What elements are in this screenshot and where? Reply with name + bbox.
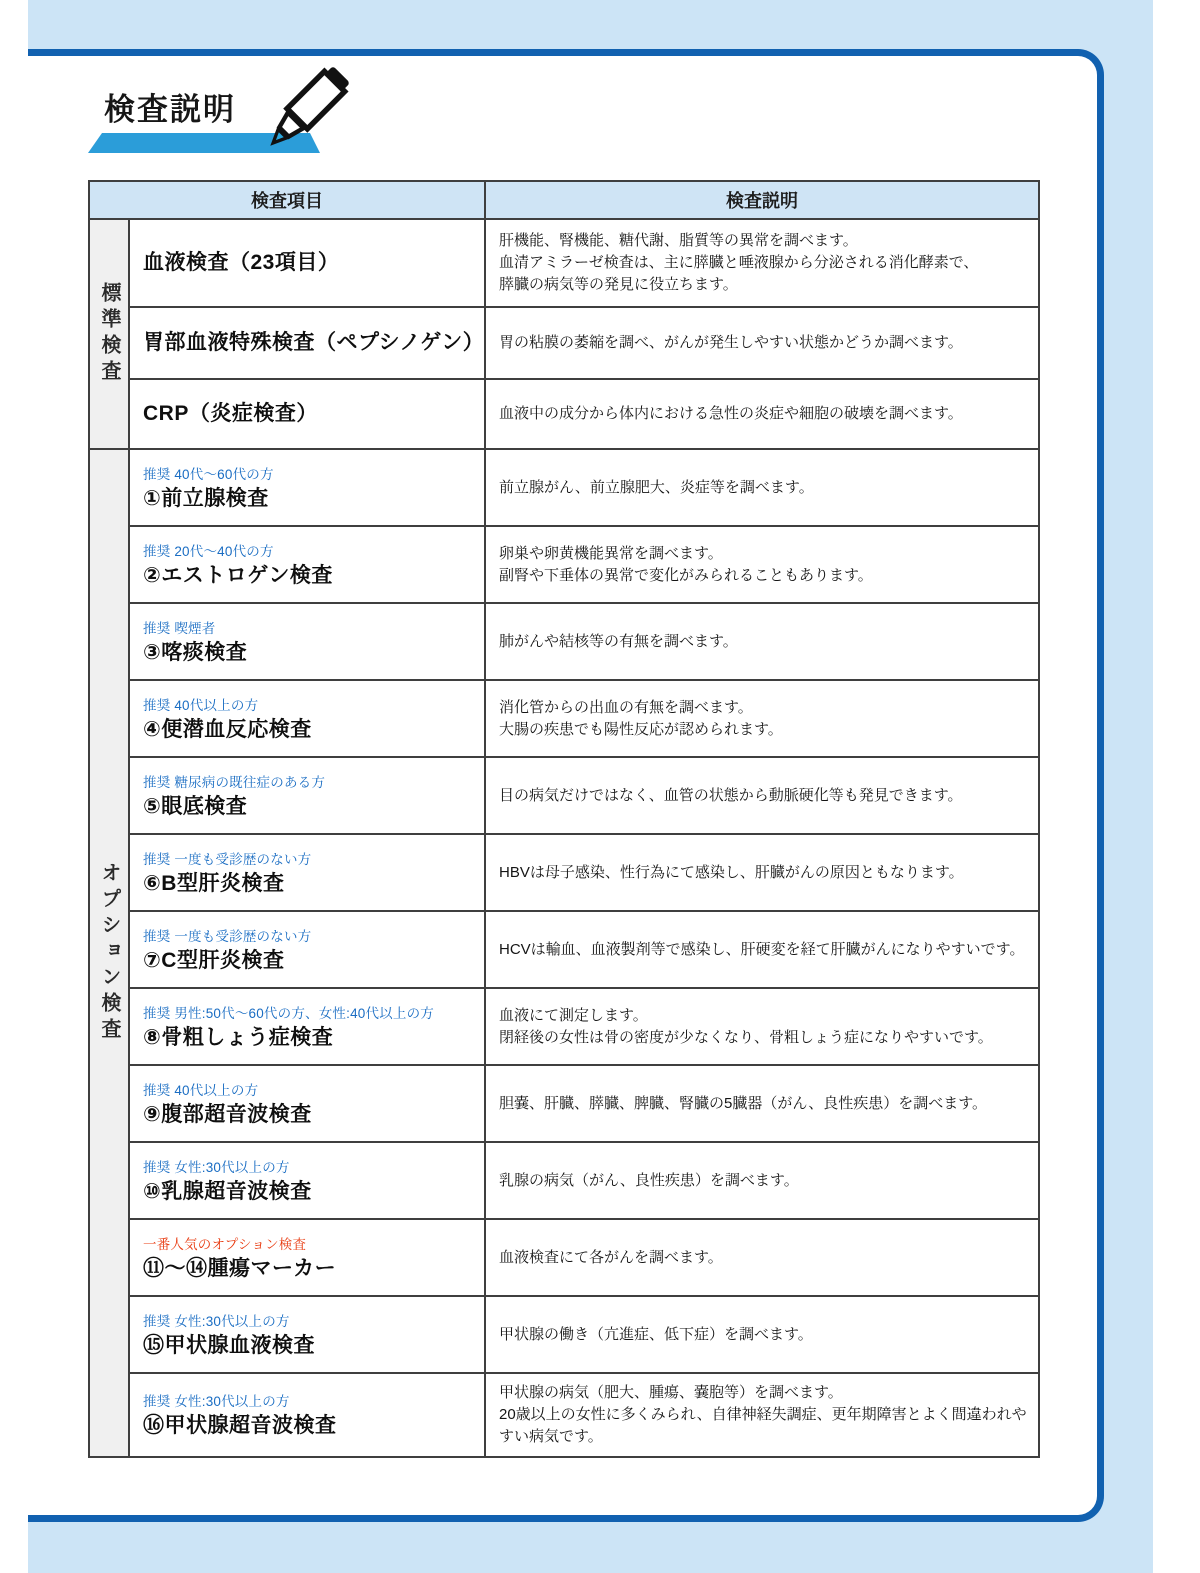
recommend-label: 推奨 女性:30代以上の方 [143, 1156, 476, 1176]
group-standard: 標準検査 [89, 219, 129, 449]
test-description: 卵巣や卵黄機能異常を調べます。 副腎や下垂体の異常で変化がみられることもあります… [485, 526, 1039, 603]
recommend-label: 推奨 40代以上の方 [143, 694, 476, 714]
test-description: 血液検査にて各がんを調べます。 [485, 1219, 1039, 1296]
test-description: 消化管からの出血の有無を調べます。 大腸の疾患でも陽性反応が認められます。 [485, 680, 1039, 757]
recommend-label: 推奨 糖尿病の既往症のある方 [143, 771, 476, 791]
recommend-label: 推奨 喫煙者 [143, 617, 476, 637]
recommend-label: 推奨 男性:50代～60代の方、女性:40代以上の方 [143, 1002, 476, 1022]
highlighter-pen-icon [250, 56, 360, 166]
test-description: 肝機能、腎機能、糖代謝、脂質等の異常を調べます。 血清アミラーゼ検査は、主に膵臓… [485, 219, 1039, 307]
test-name: CRP（炎症検査） [143, 401, 476, 427]
test-description: 前立腺がん、前立腺肥大、炎症等を調べます。 [485, 449, 1039, 526]
test-description: HBVは母子感染、性行為にて感染し、肝臓がんの原因ともなります。 [485, 834, 1039, 911]
test-description: 肺がんや結核等の有無を調べます。 [485, 603, 1039, 680]
table-row: 胃部血液特殊検査（ペプシノゲン） 胃の粘膜の萎縮を調べ、がんが発生しやすい状態か… [89, 307, 1039, 379]
recommend-label: 推奨 女性:30代以上の方 [143, 1390, 476, 1410]
test-name: ⑪～⑭腫瘍マーカー [143, 1256, 476, 1282]
table-row: オプション検査 推奨 40代～60代の方 ①前立腺検査 前立腺がん、前立腺肥大、… [89, 449, 1039, 526]
test-name: ⑤眼底検査 [143, 794, 476, 820]
test-name: 胃部血液特殊検査（ペプシノゲン） [143, 330, 476, 356]
table-row: 推奨 女性:30代以上の方 ⑩乳腺超音波検査 乳腺の病気（がん、良性疾患）を調べ… [89, 1142, 1039, 1219]
recommend-label: 推奨 一度も受診歴のない方 [143, 848, 476, 868]
test-description: 甲状腺の病気（肥大、腫瘍、嚢胞等）を調べます。 20歳以上の女性に多くみられ、自… [485, 1373, 1039, 1457]
recommend-label: 推奨 一度も受診歴のない方 [143, 925, 476, 945]
test-name: ①前立腺検査 [143, 486, 476, 512]
recommend-label: 推奨 20代～40代の方 [143, 540, 476, 560]
test-name: 血液検査（23項目） [143, 250, 476, 276]
test-name: ⑧骨粗しょう症検査 [143, 1025, 476, 1051]
table-row: 推奨 一度も受診歴のない方 ⑦C型肝炎検査 HCVは輸血、血液製剤等で感染し、肝… [89, 911, 1039, 988]
table-row: 推奨 女性:30代以上の方 ⑯甲状腺超音波検査 甲状腺の病気（肥大、腫瘍、嚢胞等… [89, 1373, 1039, 1457]
group-option: オプション検査 [89, 449, 129, 1457]
test-description: 血液中の成分から体内における急性の炎症や細胞の破壊を調べます。 [485, 379, 1039, 449]
test-description: 胆嚢、肝臓、膵臓、脾臓、腎臓の5臓器（がん、良性疾患）を調べます。 [485, 1065, 1039, 1142]
test-name: ⑥B型肝炎検査 [143, 871, 476, 897]
table-row: 推奨 喫煙者 ③喀痰検査 肺がんや結核等の有無を調べます。 [89, 603, 1039, 680]
test-description: 甲状腺の働き（亢進症、低下症）を調べます。 [485, 1296, 1039, 1373]
page: 検査説明 検査項目 検査説明 標準検査 血液検査（23項目） 肝機能、腎機能、糖… [0, 0, 1200, 1573]
test-name: ③喀痰検査 [143, 640, 476, 666]
test-description: 血液にて測定します。 閉経後の女性は骨の密度が少なくなり、骨粗しょう症になりやす… [485, 988, 1039, 1065]
recommend-label: 推奨 40代～60代の方 [143, 463, 476, 483]
test-description: 目の病気だけではなく、血管の状態から動脈硬化等も発見できます。 [485, 757, 1039, 834]
table-row: 推奨 男性:50代～60代の方、女性:40代以上の方 ⑧骨粗しょう症検査 血液に… [89, 988, 1039, 1065]
test-name: ⑨腹部超音波検査 [143, 1102, 476, 1128]
table-row: 推奨 40代以上の方 ⑨腹部超音波検査 胆嚢、肝臓、膵臓、脾臓、腎臓の5臓器（が… [89, 1065, 1039, 1142]
test-name: ⑯甲状腺超音波検査 [143, 1413, 476, 1439]
test-name: ⑩乳腺超音波検査 [143, 1179, 476, 1205]
test-description: 胃の粘膜の萎縮を調べ、がんが発生しやすい状態かどうか調べます。 [485, 307, 1039, 379]
recommend-label: 推奨 女性:30代以上の方 [143, 1310, 476, 1330]
group-standard-label: 標準検査 [99, 282, 119, 386]
recommend-label-popular: 一番人気のオプション検査 [143, 1233, 476, 1253]
table-row: 推奨 女性:30代以上の方 ⑮甲状腺血液検査 甲状腺の働き（亢進症、低下症）を調… [89, 1296, 1039, 1373]
recommend-label: 推奨 40代以上の方 [143, 1079, 476, 1099]
table-row: 推奨 40代以上の方 ④便潜血反応検査 消化管からの出血の有無を調べます。 大腸… [89, 680, 1039, 757]
test-description: 乳腺の病気（がん、良性疾患）を調べます。 [485, 1142, 1039, 1219]
table-row: 一番人気のオプション検査 ⑪～⑭腫瘍マーカー 血液検査にて各がんを調べます。 [89, 1219, 1039, 1296]
table-row: 標準検査 血液検査（23項目） 肝機能、腎機能、糖代謝、脂質等の異常を調べます。… [89, 219, 1039, 307]
page-title: 検査説明 [104, 84, 236, 129]
test-name: ④便潜血反応検査 [143, 717, 476, 743]
test-name: ②エストロゲン検査 [143, 563, 476, 589]
table-row: 推奨 糖尿病の既往症のある方 ⑤眼底検査 目の病気だけではなく、血管の状態から動… [89, 757, 1039, 834]
header-description: 検査説明 [485, 181, 1039, 219]
test-description: HCVは輸血、血液製剤等で感染し、肝硬変を経て肝臓がんになりやすいです。 [485, 911, 1039, 988]
header-item: 検査項目 [89, 181, 485, 219]
test-name: ⑮甲状腺血液検査 [143, 1333, 476, 1359]
test-name: ⑦C型肝炎検査 [143, 948, 476, 974]
group-option-label: オプション検査 [99, 862, 119, 1044]
table-header-row: 検査項目 検査説明 [89, 181, 1039, 219]
table-row: 推奨 一度も受診歴のない方 ⑥B型肝炎検査 HBVは母子感染、性行為にて感染し、… [89, 834, 1039, 911]
exam-table: 検査項目 検査説明 標準検査 血液検査（23項目） 肝機能、腎機能、糖代謝、脂質… [88, 180, 1040, 1458]
table-row: CRP（炎症検査） 血液中の成分から体内における急性の炎症や細胞の破壊を調べます… [89, 379, 1039, 449]
table-row: 推奨 20代～40代の方 ②エストロゲン検査 卵巣や卵黄機能異常を調べます。 副… [89, 526, 1039, 603]
